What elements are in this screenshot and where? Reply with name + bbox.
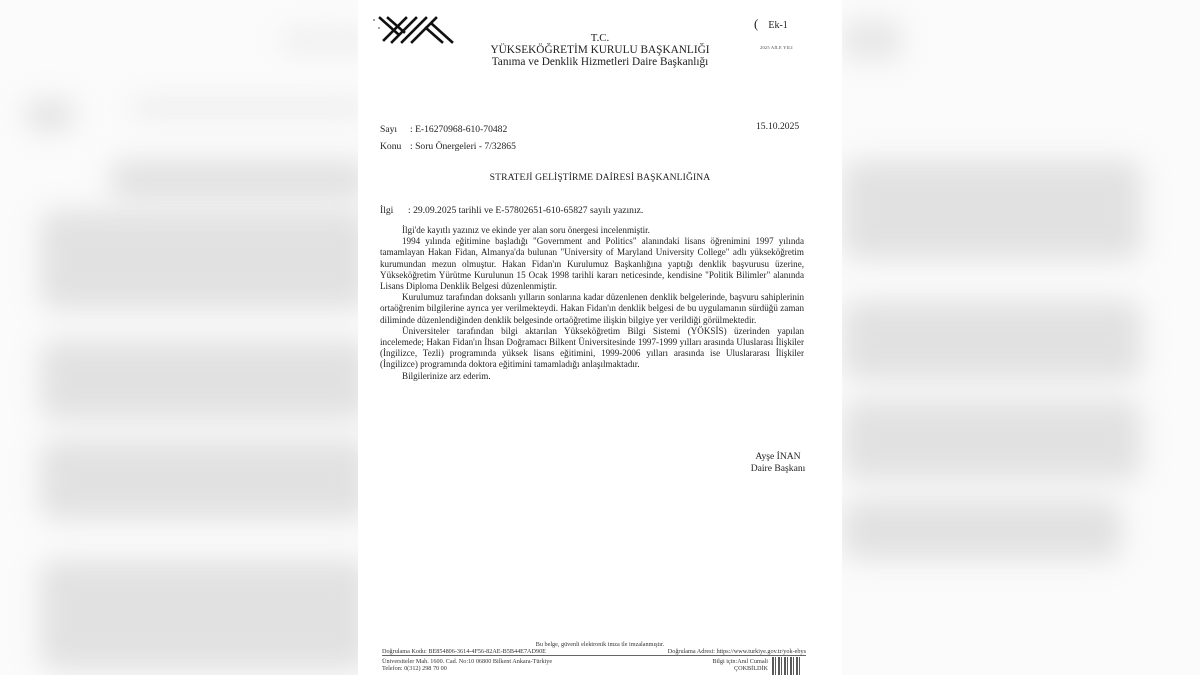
annex-label: Ek-1 [768, 20, 787, 31]
body-paragraph: Kurulumuz tarafından doksanlı yılların s… [380, 292, 804, 326]
reference-value: : 29.09.2025 tarihli ve E-57802651-610-6… [408, 205, 643, 216]
reference-label: İlgi [380, 205, 408, 216]
sayi-row: Sayı: E-16270968-610-70482 [380, 124, 507, 135]
letterhead-tc: T.C. [358, 32, 842, 44]
verification-code: Doğrulama Kodu: BE854806-3614-4F56-82AE-… [382, 648, 546, 655]
body-paragraph: 1994 yılında eğitimine başladığı "Govern… [380, 236, 804, 292]
contact-info: Bilgi için:Anıl Cumali ÇOKBİLDİK [688, 658, 768, 672]
official-letter-page: T.C. YÜKSEKÖĞRETİM KURULU BAŞKANLIĞI Tan… [358, 0, 842, 675]
signature-block: Ayşe İNAN Daire Başkanı [738, 451, 818, 475]
qr-code-icon [772, 657, 802, 675]
konu-value: : Soru Önergeleri - 7/32865 [410, 141, 516, 152]
letterhead-department: Tanıma ve Denklik Hizmetleri Daire Başka… [358, 56, 842, 68]
signatory-title: Daire Başkanı [738, 463, 818, 475]
letter-body: İlgi'de kayıtlı yazınız ve ekinde yer al… [380, 225, 804, 382]
e-signature-note: Bu belge, güvenli elektronik imza ile im… [358, 641, 842, 648]
konu-label: Konu [380, 141, 410, 152]
konu-row: Konu: Soru Önergeleri - 7/32865 [380, 141, 516, 152]
verification-row: Doğrulama Kodu: BE854806-3614-4F56-82AE-… [382, 648, 806, 656]
addressee: STRATEJİ GELİŞTİRME DAİRESİ BAŞKANLIĞINA [358, 172, 842, 183]
sayi-value: : E-16270968-610-70482 [410, 124, 507, 135]
blurred-backdrop-right [842, 0, 1200, 675]
body-paragraph: Bilgilerinize arz ederim. [380, 371, 804, 382]
body-paragraph: İlgi'de kayıtlı yazınız ve ekinde yer al… [380, 225, 804, 236]
signatory-name: Ayşe İNAN [738, 451, 818, 463]
verification-address-link[interactable]: Doğrulama Adresi: https://www.turkiye.go… [668, 648, 806, 655]
contact-line-1: Bilgi için:Anıl Cumali [688, 658, 768, 665]
sayi-label: Sayı [380, 124, 410, 135]
blurred-backdrop-left [0, 0, 358, 675]
handwritten-mark-icon: ( [754, 16, 758, 32]
phone-number: Telefon: 0(312) 298 70 00 [382, 665, 552, 672]
annex-stamp: 2025 AİLE YILI [760, 45, 793, 50]
annex-marker: (Ek-1 [754, 16, 788, 32]
contact-line-2: ÇOKBİLDİK [688, 665, 768, 672]
footer-address: Üniversiteler Mah. 1600. Cad. No:10 0680… [382, 658, 552, 672]
letterhead: T.C. YÜKSEKÖĞRETİM KURULU BAŞKANLIĞI Tan… [358, 32, 842, 68]
document-date: 15.10.2025 [756, 121, 799, 132]
postal-address: Üniversiteler Mah. 1600. Cad. No:10 0680… [382, 658, 552, 665]
reference-row: İlgi: 29.09.2025 tarihli ve E-57802651-6… [380, 205, 643, 216]
body-paragraph: Üniversiteler tarafından bilgi aktarılan… [380, 326, 804, 371]
